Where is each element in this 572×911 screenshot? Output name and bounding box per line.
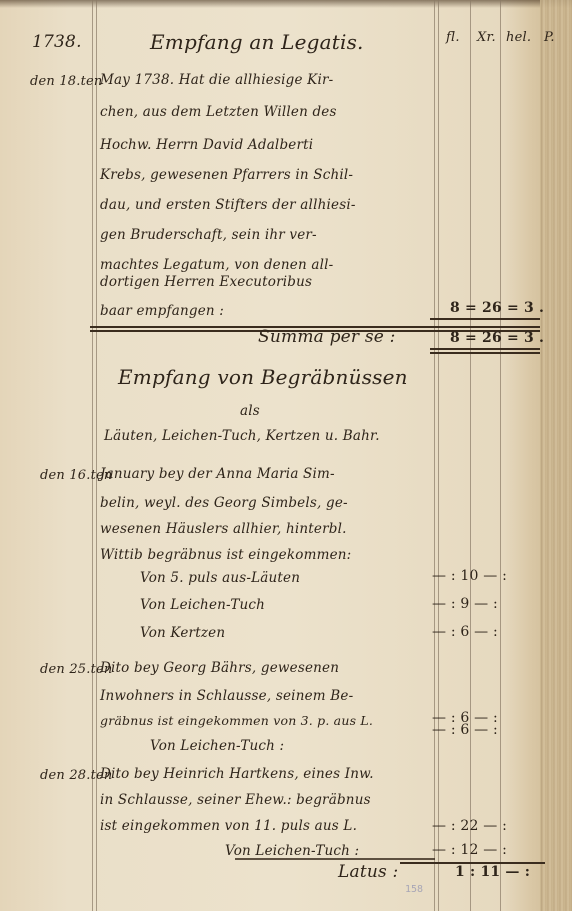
- amount-column-rule-3: [500, 0, 501, 911]
- item-amount: — : 6 — :: [432, 624, 498, 640]
- item-label: Von Leichen-Tuch :: [225, 843, 359, 859]
- item-amount: — : 12 — :: [432, 842, 507, 858]
- entry-line: belin, weyl. des Georg Simbels, ge-: [100, 495, 348, 511]
- item-label: Von 5. puls aus-Läuten: [140, 570, 300, 586]
- manuscript-page: 1738. Empfang an Legatis. fl. Xr. hel. P…: [0, 0, 572, 911]
- entry-line: ist eingekommen von 11. puls aus L.: [100, 818, 357, 834]
- entry-line: Dito bey Georg Bährs, gewesenen: [100, 660, 339, 676]
- entry-line: May 1738. Hat die allhiesige Kir-: [100, 72, 333, 88]
- column-header-hel: hel.: [506, 30, 531, 45]
- item-label: Von Leichen-Tuch: [140, 597, 265, 613]
- entry-line: January bey der Anna Maria Sim-: [100, 466, 335, 482]
- entry-line: Krebs, gewesenen Pfarrers in Schil-: [100, 167, 353, 183]
- section2-title: Empfang von Begräbnüssen: [118, 365, 408, 389]
- item-amount: — : 10 — :: [432, 568, 507, 584]
- page-number-stamp: 158: [405, 884, 423, 895]
- item-amount: — : 9 — :: [432, 596, 498, 612]
- entry-line: machtes Legatum, von denen all-: [100, 257, 333, 273]
- entry-line: chen, aus dem Letzten Willen des: [100, 104, 337, 120]
- column-header-xr: Xr.: [477, 30, 496, 45]
- item-label: Von Kertzen: [140, 625, 225, 641]
- item-amount: — : 6 — :: [432, 722, 498, 738]
- entry-line: dortigen Herren Executoribus: [100, 274, 312, 290]
- amount-column-rule-1: [434, 0, 435, 911]
- year-margin: 1738.: [32, 32, 82, 52]
- column-header-fl: fl.: [446, 30, 460, 45]
- top-shadow: [0, 0, 572, 8]
- entry-line: wesenen Häuslers allhier, hinterbl.: [100, 521, 347, 537]
- amount-column-rule-2: [470, 0, 471, 911]
- entry-line: gen Bruderschaft, sein ihr ver-: [100, 227, 317, 243]
- entry-amount: 8 = 26 = 3 .: [450, 300, 544, 316]
- summa-rule: [430, 348, 540, 350]
- amount-rule: [430, 318, 540, 320]
- entry-line: Hochw. Herrn David Adalberti: [100, 137, 313, 153]
- item-amount: — : 22 — :: [432, 818, 507, 834]
- entry-line: in Schlausse, seiner Ehew.: begräbnus: [100, 792, 371, 808]
- entry-line: Inwohners in Schlausse, seinem Be-: [100, 688, 353, 704]
- book-binding-edge: [540, 0, 572, 911]
- summa-label: Summa per se :: [258, 327, 396, 347]
- section1-title: Empfang an Legatis.: [150, 30, 364, 54]
- section2-description: Läuten, Leichen-Tuch, Kertzen u. Bahr.: [104, 428, 380, 444]
- summa-rule-double: [430, 352, 540, 354]
- latus-label: Latus :: [338, 862, 398, 882]
- latus-amount: 1 : 11 — :: [455, 864, 530, 880]
- amount-column-rule-1b: [438, 0, 439, 911]
- section2-subtitle: als: [240, 403, 260, 419]
- item-label: Von Leichen-Tuch :: [150, 738, 284, 754]
- entry-line: Dito bey Heinrich Hartkens, eines Inw.: [100, 766, 374, 782]
- column-header-p: P.: [544, 30, 555, 45]
- entry-line: dau, und ersten Stifters der allhiesi-: [100, 197, 356, 213]
- latus-rule-left: [235, 858, 435, 860]
- entry-line: gräbnus ist eingekommen von 3. p. aus L.: [100, 713, 373, 728]
- entry-line: Wittib begräbnus ist eingekommen:: [100, 547, 351, 563]
- entry-date: den 18.ten: [30, 74, 102, 89]
- entry-line: baar empfangen :: [100, 303, 224, 319]
- summa-amount: 8 = 26 = 3 .: [450, 330, 544, 346]
